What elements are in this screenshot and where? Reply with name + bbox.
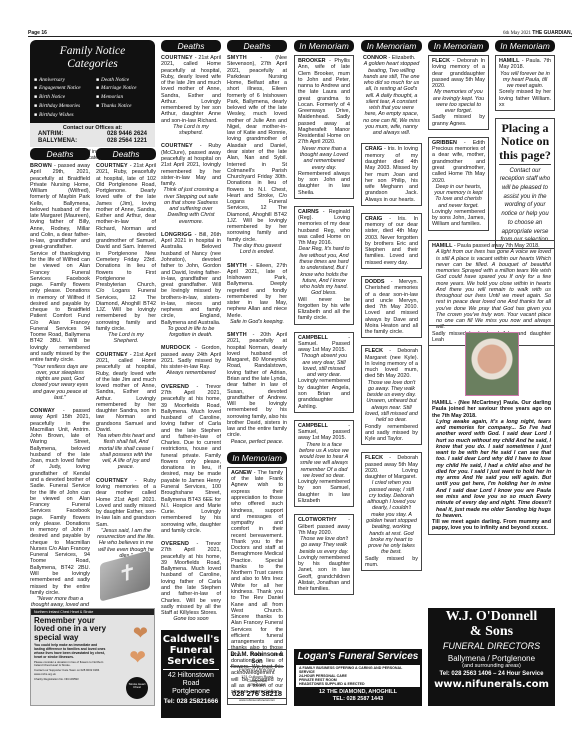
in-memoriam-banner: In Memoriam bbox=[361, 40, 422, 52]
in-memoriam-banner: In Memoriam bbox=[227, 452, 287, 464]
notice-fleck: FLECK - Deborah Margaret (nee Kyle). In … bbox=[361, 345, 422, 445]
notice-overend: OVEREND - Trevor 27th April 2021, peacef… bbox=[161, 541, 221, 622]
notice-courtney: COURTNEY - 21st April 2021, Ruby, peacef… bbox=[96, 163, 156, 345]
placing-notice-box: Placing a Notice on this page? Contact o… bbox=[495, 118, 555, 249]
notice-brown: BROWN - passed away April 29th, 2021, pe… bbox=[30, 163, 90, 401]
deaths-column-3: Deaths COURTNEY - 21st April 2021, calle… bbox=[161, 40, 221, 630]
in-memoriam-banner: In Memoriam bbox=[294, 40, 354, 52]
notice-gribben: GRIBBEN - Edith Precious memories of a d… bbox=[428, 137, 489, 231]
notice-connor: CONNOR - Elizabeth.A golden heart stoppe… bbox=[361, 55, 422, 136]
categories-title: Family Notice Categories bbox=[34, 45, 151, 72]
category-item: Death Notice bbox=[96, 77, 156, 84]
notice-craig: CRAIG - Iris. In loving memory of my dau… bbox=[361, 143, 422, 205]
issue-date: 6th May 2021 THE GUARDIAN, bbox=[503, 31, 572, 37]
contact-offices: Contact our Offices at: ANTRIM:028 9446 … bbox=[30, 123, 155, 147]
notice-courtney: COURTNEY - Ruby loving memories of a dea… bbox=[96, 478, 156, 559]
memorial-photo bbox=[465, 332, 519, 396]
notice-brooker: BROOKER - Phyllis Ann, wife of late Clem… bbox=[294, 55, 354, 199]
notice-fleck: FLECK - Deborah In loving memory of a de… bbox=[428, 55, 489, 130]
odonnell-website: www.nifunerals.com bbox=[428, 679, 555, 691]
deaths-banner: Deaths bbox=[96, 148, 156, 160]
logans-phone: TEL: 028 2587 1443 bbox=[294, 696, 422, 702]
chest-heart-stroke-ad: Northern Ireland Chest Heart & Stroke Re… bbox=[30, 608, 155, 706]
page-number: Page 16 bbox=[28, 31, 47, 37]
page-header: Page 16 6th May 2021 THE GUARDIAN, bbox=[28, 31, 572, 37]
category-item: Thanks Notice bbox=[96, 103, 156, 110]
notice-fleck: FLECK - Deborah passed away 5th May 2020… bbox=[361, 452, 422, 571]
notice-longrigg: LONGRIGG - Bill, 26th April 2021 in hosp… bbox=[161, 232, 221, 339]
deaths-banner: Deaths bbox=[227, 40, 287, 52]
family-notice-categories: Family Notice Categories Anniversary Dea… bbox=[30, 40, 155, 139]
category-item: Marriage Notice bbox=[96, 85, 156, 92]
in-memoriam-banner: In Memoriam bbox=[428, 40, 489, 52]
notice-smyth: SMYTH - 20th April 2021, peacefully at h… bbox=[227, 332, 287, 445]
notice-smyth: SMYTH - (Nee Stevenson), 27th April 2021… bbox=[227, 55, 287, 256]
category-item: Engagement Notice bbox=[34, 85, 96, 92]
categories-list: Anniversary Death Notice Engagement Noti… bbox=[34, 77, 151, 119]
memoriam-column-5: In Memoriam BROOKER - Phyllis Ann, wife … bbox=[294, 40, 354, 602]
deaths-column-2: Deaths COURTNEY - 21st April 2021, Ruby,… bbox=[96, 148, 156, 566]
notice-campbell: CAMPBELL - Samuel, passed away 1st May 2… bbox=[294, 420, 354, 507]
robinson-funeral-ad: D.J.M. Robinson & Son Funeral Directors … bbox=[227, 649, 287, 705]
ballymena-phone: 028 2564 1221 bbox=[107, 138, 147, 145]
notice-smyth: SMYTH - Eileen, 27th April 2021, late of… bbox=[227, 263, 287, 326]
notice-cairns: CAIRNS - Reginald (Reg). Loving memories… bbox=[294, 206, 354, 325]
category-item: Birth Notice bbox=[34, 94, 96, 101]
memoriam-column-8: In Memoriam HAMILL - Paula. 7th May 2018… bbox=[495, 40, 555, 256]
deaths-banner: Deaths bbox=[30, 148, 90, 160]
in-memoriam-banner: In Memoriam bbox=[495, 40, 555, 52]
charity-badge: Stroke Heart Chest bbox=[126, 677, 148, 699]
notice-overend: OVEREND - Trevor 27th April 2021, peacef… bbox=[161, 384, 221, 534]
heart-icon: ❤ bbox=[129, 647, 146, 670]
notice-dodds: DODDS - Mervyn. Cherished memories of a … bbox=[361, 276, 422, 338]
antrim-phone: 028 9446 2624 bbox=[107, 131, 147, 138]
category-item: Memorian bbox=[96, 94, 156, 101]
category-item: Birthday Wishes bbox=[34, 112, 96, 119]
notice-craig: CRAIG - Iris. In memory of our dear sist… bbox=[361, 213, 422, 269]
notice-courtney: COURTNEY - 21st April 2021, called Home … bbox=[161, 55, 221, 136]
logans-funeral-ad: Logan's Funeral Services A FAMILY BUSINE… bbox=[294, 649, 422, 706]
notice-courtney: COURTNEY - 21st April 2021, called Home … bbox=[96, 352, 156, 471]
odonnell-phone: Tel: 028 2563 1406 – 24 Hour Service bbox=[428, 671, 555, 678]
odonnell-funeral-ad: W.J. O'Donnell & Sons FUNERAL DIRECTORS … bbox=[428, 608, 555, 706]
deaths-banner: Deaths bbox=[161, 40, 221, 52]
category-item: Birthday Memories bbox=[34, 103, 96, 110]
caldwells-funeral-ad: Caldwell's Funeral Services 42 Hiltonsto… bbox=[161, 630, 221, 718]
memoriam-column-6: In Memoriam CONNOR - Elizabeth.A golden … bbox=[361, 40, 422, 578]
notice-hamill-photo: HAMILL - (Nee McCartney) Paula. Our darl… bbox=[428, 325, 555, 535]
notice-hamill: HAMILL - Paula. 7th May 2018.You will fo… bbox=[495, 55, 555, 111]
notice-murdock: MURDOCK - Gordon, passed away 24th April… bbox=[161, 345, 221, 376]
deaths-column-4: Deaths SMYTH - (Nee Stevenson), 27th Apr… bbox=[227, 40, 287, 706]
caldwells-phone: Tel: 028 25821666 bbox=[161, 698, 221, 706]
notice-clotworthy: CLOTWORTHY - Gilbert passed away 7th May… bbox=[294, 514, 354, 595]
notice-conway: CONWAY - passed away April 15th 2021, pe… bbox=[30, 408, 90, 615]
notice-courtney: COURTNEY - Ruby (McClure), passed away p… bbox=[161, 143, 221, 224]
memoriam-column-7: In Memoriam FLECK - Deborah In loving me… bbox=[428, 40, 489, 238]
notice-campbell: CAMPBELL - Samuel. Passed away 1st May 2… bbox=[294, 332, 354, 413]
category-item: Anniversary bbox=[34, 77, 96, 84]
heart-icon: ❤ bbox=[133, 623, 148, 644]
deaths-column-1: Deaths BROWN - passed away April 29th, 2… bbox=[30, 148, 90, 622]
